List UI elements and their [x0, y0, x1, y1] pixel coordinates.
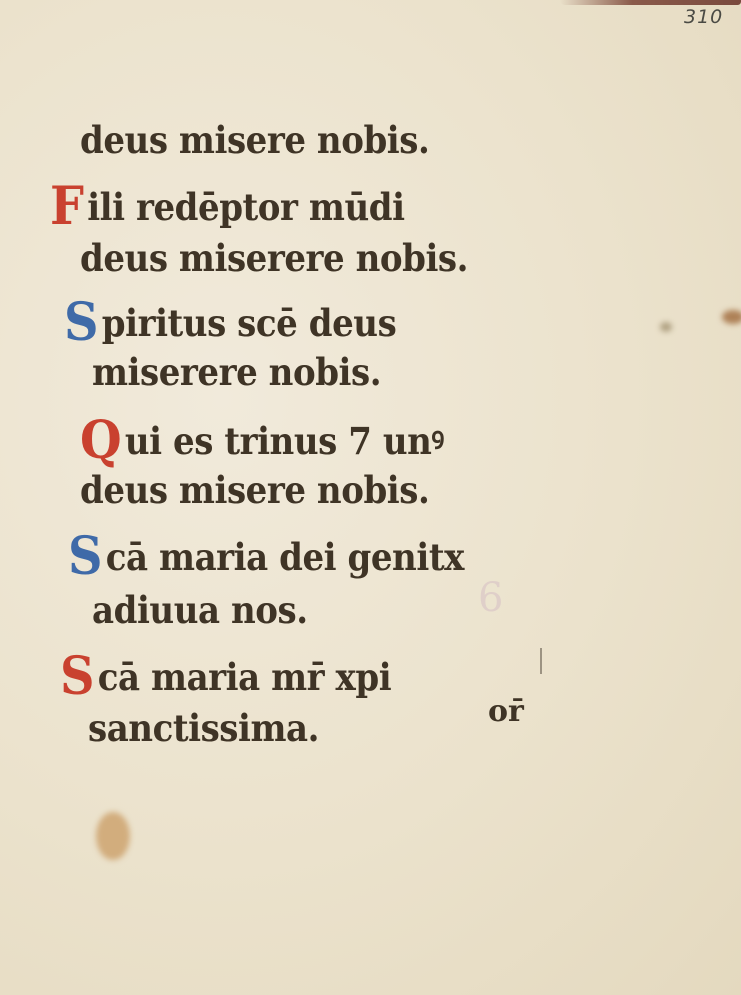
show-through-letter: 6 — [478, 575, 503, 621]
text-line-4: Spiritus scē deus — [64, 292, 396, 352]
text-line-3: deus miserere nobis. — [80, 236, 468, 296]
margin-stroke — [540, 648, 542, 674]
text-line-2: Fili redēptor mūdi — [50, 176, 405, 236]
manuscript-page: 310 6 deus misere nobis. Fili redēptor m… — [0, 0, 741, 995]
text-line-1: deus misere nobis. — [80, 118, 429, 178]
stain-mark-small — [660, 322, 672, 332]
text-line-5: miserere nobis. — [92, 350, 381, 410]
text-line-10: Scā maria mr̄ xpi — [60, 646, 391, 706]
text-line-11: sanctissima. — [88, 706, 319, 766]
catchword: or̄ — [488, 694, 524, 729]
red-initial-f: F — [50, 176, 84, 237]
stain-mark — [96, 812, 130, 860]
text-line-7: deus misere nobis. — [80, 468, 429, 528]
folio-number: 310 — [684, 6, 723, 28]
stain-mark-edge — [722, 310, 741, 324]
red-initial-q: Q — [80, 410, 121, 471]
text-line-6: Qui es trinus 7 unꝰ — [80, 410, 444, 470]
blue-initial-s: S — [64, 292, 98, 353]
text-line-8: Scā maria dei genitx — [68, 526, 464, 586]
text-line-9: adiuua nos. — [92, 588, 308, 648]
blue-initial-s-2: S — [68, 526, 102, 587]
page-edge-binding — [560, 0, 741, 5]
red-initial-s: S — [60, 646, 94, 707]
